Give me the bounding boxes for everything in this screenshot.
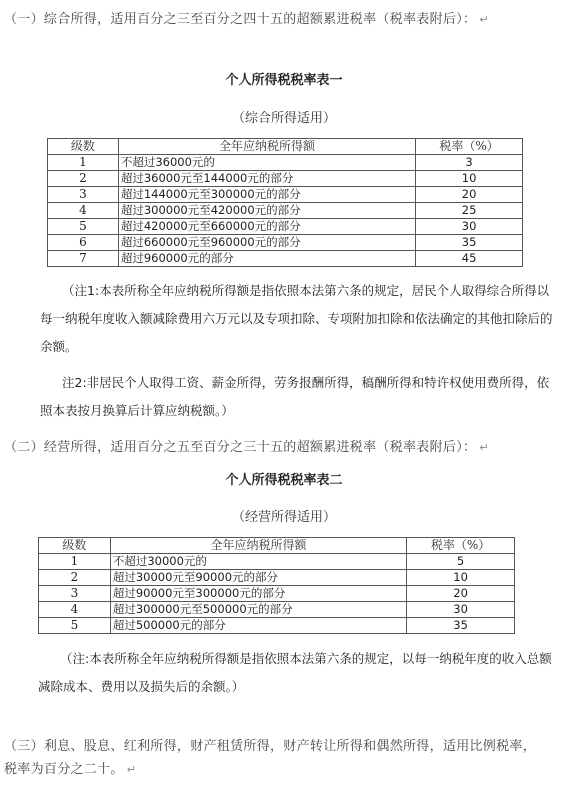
rate-cell: 20 [407,586,515,602]
range-cell: 不超过36000元的 [118,155,415,171]
range-cell: 不超过30000元的 [110,554,406,570]
rate-cell: 10 [416,171,523,187]
level-cell: 6 [48,235,119,251]
range-cell: 超过660000元至960000元的部分 [118,235,415,251]
header-rate: 税率（%） [416,139,523,155]
rate-cell: 35 [407,618,515,634]
level-cell: 1 [48,155,119,171]
table-header-row: 级数 全年应纳税所得额 税率（%） [48,139,523,155]
rate-cell: 30 [416,219,523,235]
table2-title: 个人所得税税率表二 [0,469,568,488]
table2-note: （注:本表所称全年应纳税所得额是指依照本法第六条的规定，以每一纳税年度的收入总额… [38,645,560,701]
header-range: 全年应纳税所得额 [118,139,415,155]
level-cell: 2 [39,570,111,586]
header-level: 级数 [48,139,119,155]
rate-cell: 3 [416,155,523,171]
level-cell: 4 [39,602,111,618]
table-row: 1不超过36000元的3 [48,155,523,171]
section3-line1: （三）利息、股息、红利所得，财产租赁所得，财产转让所得和偶然所得，适用比例税率， [4,735,536,754]
table-row: 6超过660000元至960000元的部分35 [48,235,523,251]
return-mark-icon: ↵ [127,763,137,776]
table-row: 1不超过30000元的5 [39,554,515,570]
rate-cell: 5 [407,554,515,570]
table1-note2: 注2:非居民个人取得工资、薪金所得，劳务报酬所得，稿酬所得和特许权使用费所得，依… [40,369,560,425]
rate-cell: 30 [407,602,515,618]
range-cell: 超过36000元至144000元的部分 [118,171,415,187]
level-cell: 3 [39,586,111,602]
range-cell: 超过960000元的部分 [118,251,415,267]
level-cell: 5 [39,618,111,634]
range-cell: 超过90000元至300000元的部分 [110,586,406,602]
range-cell: 超过144000元至300000元的部分 [118,187,415,203]
tax-rate-table-2: 级数 全年应纳税所得额 税率（%） 1不超过30000元的5 2超过30000元… [38,537,515,634]
table-row: 2超过30000元至90000元的部分10 [39,570,515,586]
rate-cell: 20 [416,187,523,203]
range-cell: 超过500000元的部分 [110,618,406,634]
table1-note1: （注1:本表所称全年应纳税所得额是指依照本法第六条的规定，居民个人取得综合所得以… [40,277,560,361]
section1-heading: （一）综合所得，适用百分之三至百分之四十五的超额累进税率（税率表附后）：↵ [4,8,489,27]
rate-cell: 25 [416,203,523,219]
header-range: 全年应纳税所得额 [110,538,406,554]
rate-cell: 35 [416,235,523,251]
header-rate: 税率（%） [407,538,515,554]
rate-cell: 10 [407,570,515,586]
level-cell: 5 [48,219,119,235]
table-row: 3超过90000元至300000元的部分20 [39,586,515,602]
header-level: 级数 [39,538,111,554]
table1-subtitle: （综合所得适用） [0,107,568,126]
table-row: 3超过144000元至300000元的部分20 [48,187,523,203]
table-row: 7超过960000元的部分45 [48,251,523,267]
tax-rate-table-1: 级数 全年应纳税所得额 税率（%） 1不超过36000元的3 2超过36000元… [47,138,523,267]
table-row: 2超过36000元至144000元的部分10 [48,171,523,187]
return-mark-icon: ↵ [479,13,489,26]
section2-heading: （二）经营所得，适用百分之五至百分之三十五的超额累进税率（税率表附后）：↵ [4,436,489,455]
table1-title: 个人所得税税率表一 [0,69,568,88]
level-cell: 1 [39,554,111,570]
table-header-row: 级数 全年应纳税所得额 税率（%） [39,538,515,554]
level-cell: 4 [48,203,119,219]
level-cell: 2 [48,171,119,187]
range-cell: 超过420000元至660000元的部分 [118,219,415,235]
level-cell: 3 [48,187,119,203]
range-cell: 超过300000元至420000元的部分 [118,203,415,219]
table-row: 5超过500000元的部分35 [39,618,515,634]
section3-line2-text: 税率为百分之二十。 [4,762,124,777]
section2-heading-text: （二）经营所得，适用百分之五至百分之三十五的超额累进税率（税率表附后）： [4,440,476,455]
rate-cell: 45 [416,251,523,267]
level-cell: 7 [48,251,119,267]
table-row: 4超过300000元至420000元的部分25 [48,203,523,219]
range-cell: 超过300000元至500000元的部分 [110,602,406,618]
range-cell: 超过30000元至90000元的部分 [110,570,406,586]
section3-line2: 税率为百分之二十。↵ [4,758,136,777]
return-mark-icon: ↵ [479,441,489,454]
section1-heading-text: （一）综合所得，适用百分之三至百分之四十五的超额累进税率（税率表附后）： [4,12,476,27]
table-row: 5超过420000元至660000元的部分30 [48,219,523,235]
table-row: 4超过300000元至500000元的部分30 [39,602,515,618]
table2-subtitle: （经营所得适用） [0,506,568,525]
